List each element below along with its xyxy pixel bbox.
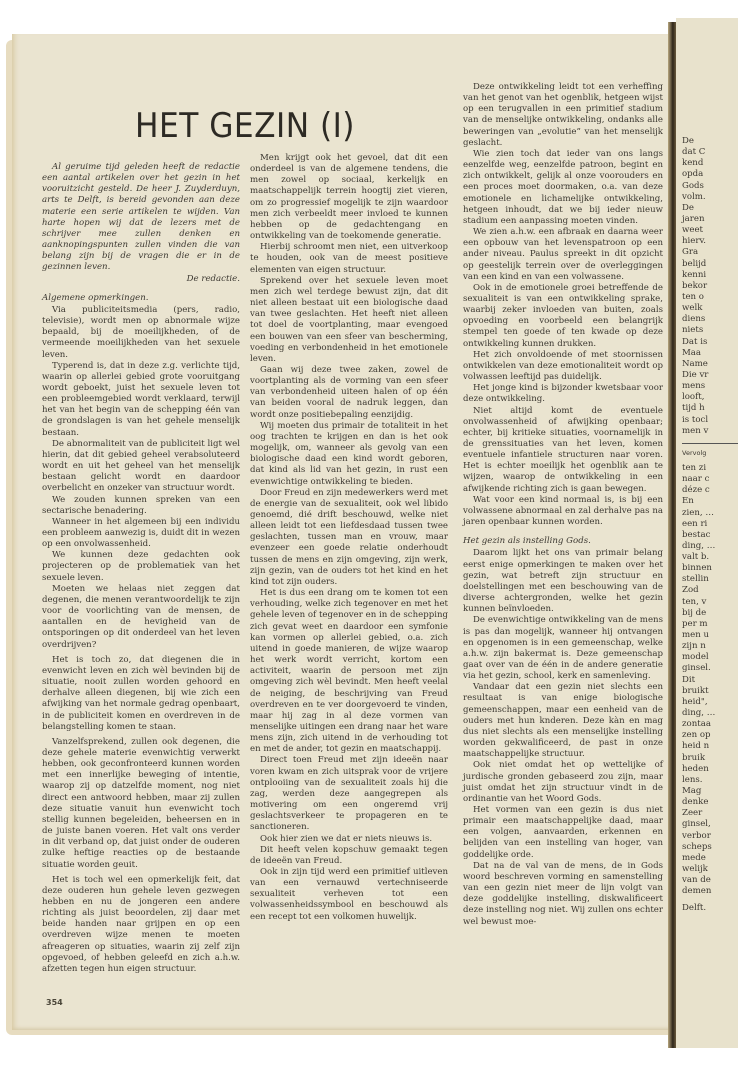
article-column-1: Al geruime tijd geleden heeft de redacti…: [42, 162, 240, 975]
paragraph: Wie zien toch dat ieder van ons langs ee…: [463, 149, 663, 227]
facing-page-line: hierv.: [682, 236, 738, 247]
facing-page-line: zien, …: [682, 508, 738, 519]
facing-page-line: ginsel.: [682, 663, 738, 674]
facing-page-line: denke: [682, 797, 738, 808]
editorial-signoff: De redactie.: [42, 274, 240, 285]
facing-page: Dedat CkendopdaGodsvolm.Dejarenweethierv…: [676, 18, 738, 1048]
facing-page-line: Zod: [682, 585, 738, 596]
facing-page-line: zen op: [682, 730, 738, 741]
editorial-intro: Al geruime tijd geleden heeft de redacti…: [42, 162, 240, 274]
paragraph: Vandaar dat een gezin niet slechts een r…: [463, 682, 663, 760]
facing-page-line: kend: [682, 158, 738, 169]
facing-page-line: looft,: [682, 392, 738, 403]
paragraph: Dit heeft velen kopschuw gemaakt tegen d…: [250, 845, 448, 867]
section-heading: Het gezin als instelling Gods.: [463, 536, 663, 547]
paragraph: De evenwichtige ontwikkeling van de mens…: [463, 615, 663, 682]
paragraph: Het is toch wel een opmerkelijk feit, da…: [42, 875, 240, 975]
facing-page-line: men v: [682, 426, 738, 437]
paragraph: Niet altijd komt de eventuele onvolwasse…: [463, 406, 663, 495]
paragraph: Sprekend over het sexuele leven moet men…: [250, 276, 448, 365]
facing-page-line: ginsel,: [682, 819, 738, 830]
facing-page-line: weet: [682, 225, 738, 236]
facing-page-line: ding, …: [682, 708, 738, 719]
facing-page-line: stellin: [682, 574, 738, 585]
facing-page-line: bruik: [682, 753, 738, 764]
paragraph: Het is toch zo, dat diegenen die in even…: [42, 655, 240, 733]
paragraph: Hierbij schroomt men niet, een uitverkoo…: [250, 242, 448, 275]
paragraph: Gaan wij deze twee zaken, zowel de voort…: [250, 365, 448, 421]
facing-page-line: Name: [682, 359, 738, 370]
facing-page-line: is tocl: [682, 415, 738, 426]
facing-page-line: bruikt: [682, 686, 738, 697]
facing-page-line: tijd h: [682, 403, 738, 414]
facing-page-line: valt b.: [682, 552, 738, 563]
paragraph: Dat na de val van de mens, de in Gods wo…: [463, 861, 663, 928]
facing-page-line: opda: [682, 169, 738, 180]
paragraph: Ook in de emotionele groei betreffende d…: [463, 283, 663, 350]
facing-page-line: welk: [682, 303, 738, 314]
facing-page-line: mede: [682, 853, 738, 864]
facing-page-line: Gra: [682, 247, 738, 258]
facing-page-line: Mag: [682, 786, 738, 797]
section-heading: Algemene opmerkingen.: [42, 293, 240, 304]
facing-page-line: ten zi: [682, 463, 738, 474]
facing-page-line: Dat is: [682, 337, 738, 348]
paragraph: Men krijgt ook het gevoel, dat dit een o…: [250, 153, 448, 242]
facing-page-line: scheps: [682, 842, 738, 853]
paragraph: We zien a.h.w. een afbraak en daarna wee…: [463, 227, 663, 283]
paragraph: Ook in zijn tijd werd een primitief uitl…: [250, 867, 448, 923]
facing-page-line: ding, …: [682, 541, 738, 552]
facing-page-line: zontaa: [682, 719, 738, 730]
facing-page-line: lens.: [682, 775, 738, 786]
facing-page-line: dat C: [682, 147, 738, 158]
paragraph: Het zich onvoldoende of met stoornissen …: [463, 350, 663, 383]
facing-page-line: De: [682, 203, 738, 214]
paragraph: Het jonge kind is bijzonder kwetsbaar vo…: [463, 383, 663, 405]
facing-page-line: naar c: [682, 474, 738, 485]
paragraph: Ook hier zien we dat er niets nieuws is.: [250, 834, 448, 845]
facing-page-line: binnen: [682, 563, 738, 574]
facing-page-line: diens: [682, 314, 738, 325]
paragraph: Typerend is, dat in deze z.g. verlichte …: [42, 361, 240, 439]
facing-page-line: Dit: [682, 675, 738, 686]
article-title: HET GEZIN (I): [121, 106, 369, 146]
paragraph: Het is dus een drang om te komen tot een…: [250, 588, 448, 755]
facing-page-line: demen: [682, 886, 738, 897]
facing-page-line: van de: [682, 875, 738, 886]
paragraph: Moeten we helaas niet zeggen dat degenen…: [42, 584, 240, 651]
facing-page-line: belijd: [682, 259, 738, 270]
facing-page-line: verbor: [682, 831, 738, 842]
facing-page-line: jaren: [682, 214, 738, 225]
facing-page-line: heid n: [682, 741, 738, 752]
facing-page-line: ten o: [682, 292, 738, 303]
facing-page-line: per m: [682, 619, 738, 630]
paragraph: Wij moeten dus primair de totaliteit in …: [250, 421, 448, 488]
paragraph: Vanzelfsprekend, zullen ook degenen, die…: [42, 737, 240, 871]
facing-page-line: welijk: [682, 864, 738, 875]
facing-page-column: Dedat CkendopdaGodsvolm.Dejarenweethierv…: [682, 18, 738, 915]
facing-page-line: Zeer: [682, 808, 738, 819]
divider: [682, 443, 738, 444]
paragraph: Het vormen van een gezin is dus niet pri…: [463, 805, 663, 861]
facing-page-line: bij de: [682, 608, 738, 619]
paragraph: Direct toen Freud met zijn ideeën naar v…: [250, 755, 448, 833]
paragraph: Wat voor een kind normaal is, is bij een…: [463, 495, 663, 528]
page-number: 354: [46, 998, 63, 1007]
facing-page-line: bekor: [682, 281, 738, 292]
facing-page-signoff: Delft.: [682, 903, 738, 914]
facing-page-line: Gods: [682, 181, 738, 192]
facing-page-line: déze c: [682, 485, 738, 496]
book-gutter: [668, 22, 676, 1048]
facing-page-line: bestac: [682, 530, 738, 541]
paragraph: Wanneer in het algemeen bij een individu…: [42, 517, 240, 550]
paragraph: We kunnen deze gedachten ook projecteren…: [42, 550, 240, 583]
paragraph: Ook niet omdat het op wettelijke of jurd…: [463, 760, 663, 805]
facing-page-line: ten, v: [682, 597, 738, 608]
facing-page-line: De: [682, 136, 738, 147]
facing-page-line: Die vr: [682, 370, 738, 381]
continuation-label: Vervolg: [682, 448, 738, 459]
facing-page-line: niets: [682, 325, 738, 336]
article-column-3: Deze ontwikkeling leidt tot een verheffi…: [463, 82, 663, 928]
facing-page-line: mens: [682, 381, 738, 392]
paragraph: Deze ontwikkeling leidt tot een verheffi…: [463, 82, 663, 149]
paragraph: We zouden kunnen spreken van een sectari…: [42, 495, 240, 517]
facing-page-line: men u: [682, 630, 738, 641]
facing-page-line: een ri: [682, 519, 738, 530]
facing-page-line: En: [682, 496, 738, 507]
facing-page-line: zijn n: [682, 641, 738, 652]
facing-page-line: heden: [682, 764, 738, 775]
facing-page-line: Maa: [682, 348, 738, 359]
facing-page-line: kenni: [682, 270, 738, 281]
paragraph: Door Freud en zijn medewerkers werd met …: [250, 488, 448, 588]
article-column-2: Men krijgt ook het gevoel, dat dit een o…: [250, 153, 448, 923]
paragraph: De abnormaliteit van de publiciteit ligt…: [42, 439, 240, 495]
facing-page-line: model: [682, 652, 738, 663]
paragraph: Daarom lijkt het ons van primair belang …: [463, 548, 663, 615]
facing-page-line: volm.: [682, 192, 738, 203]
facing-page-line: heid",: [682, 697, 738, 708]
paragraph: Via publiciteitsmedia (pers, radio, tele…: [42, 305, 240, 361]
